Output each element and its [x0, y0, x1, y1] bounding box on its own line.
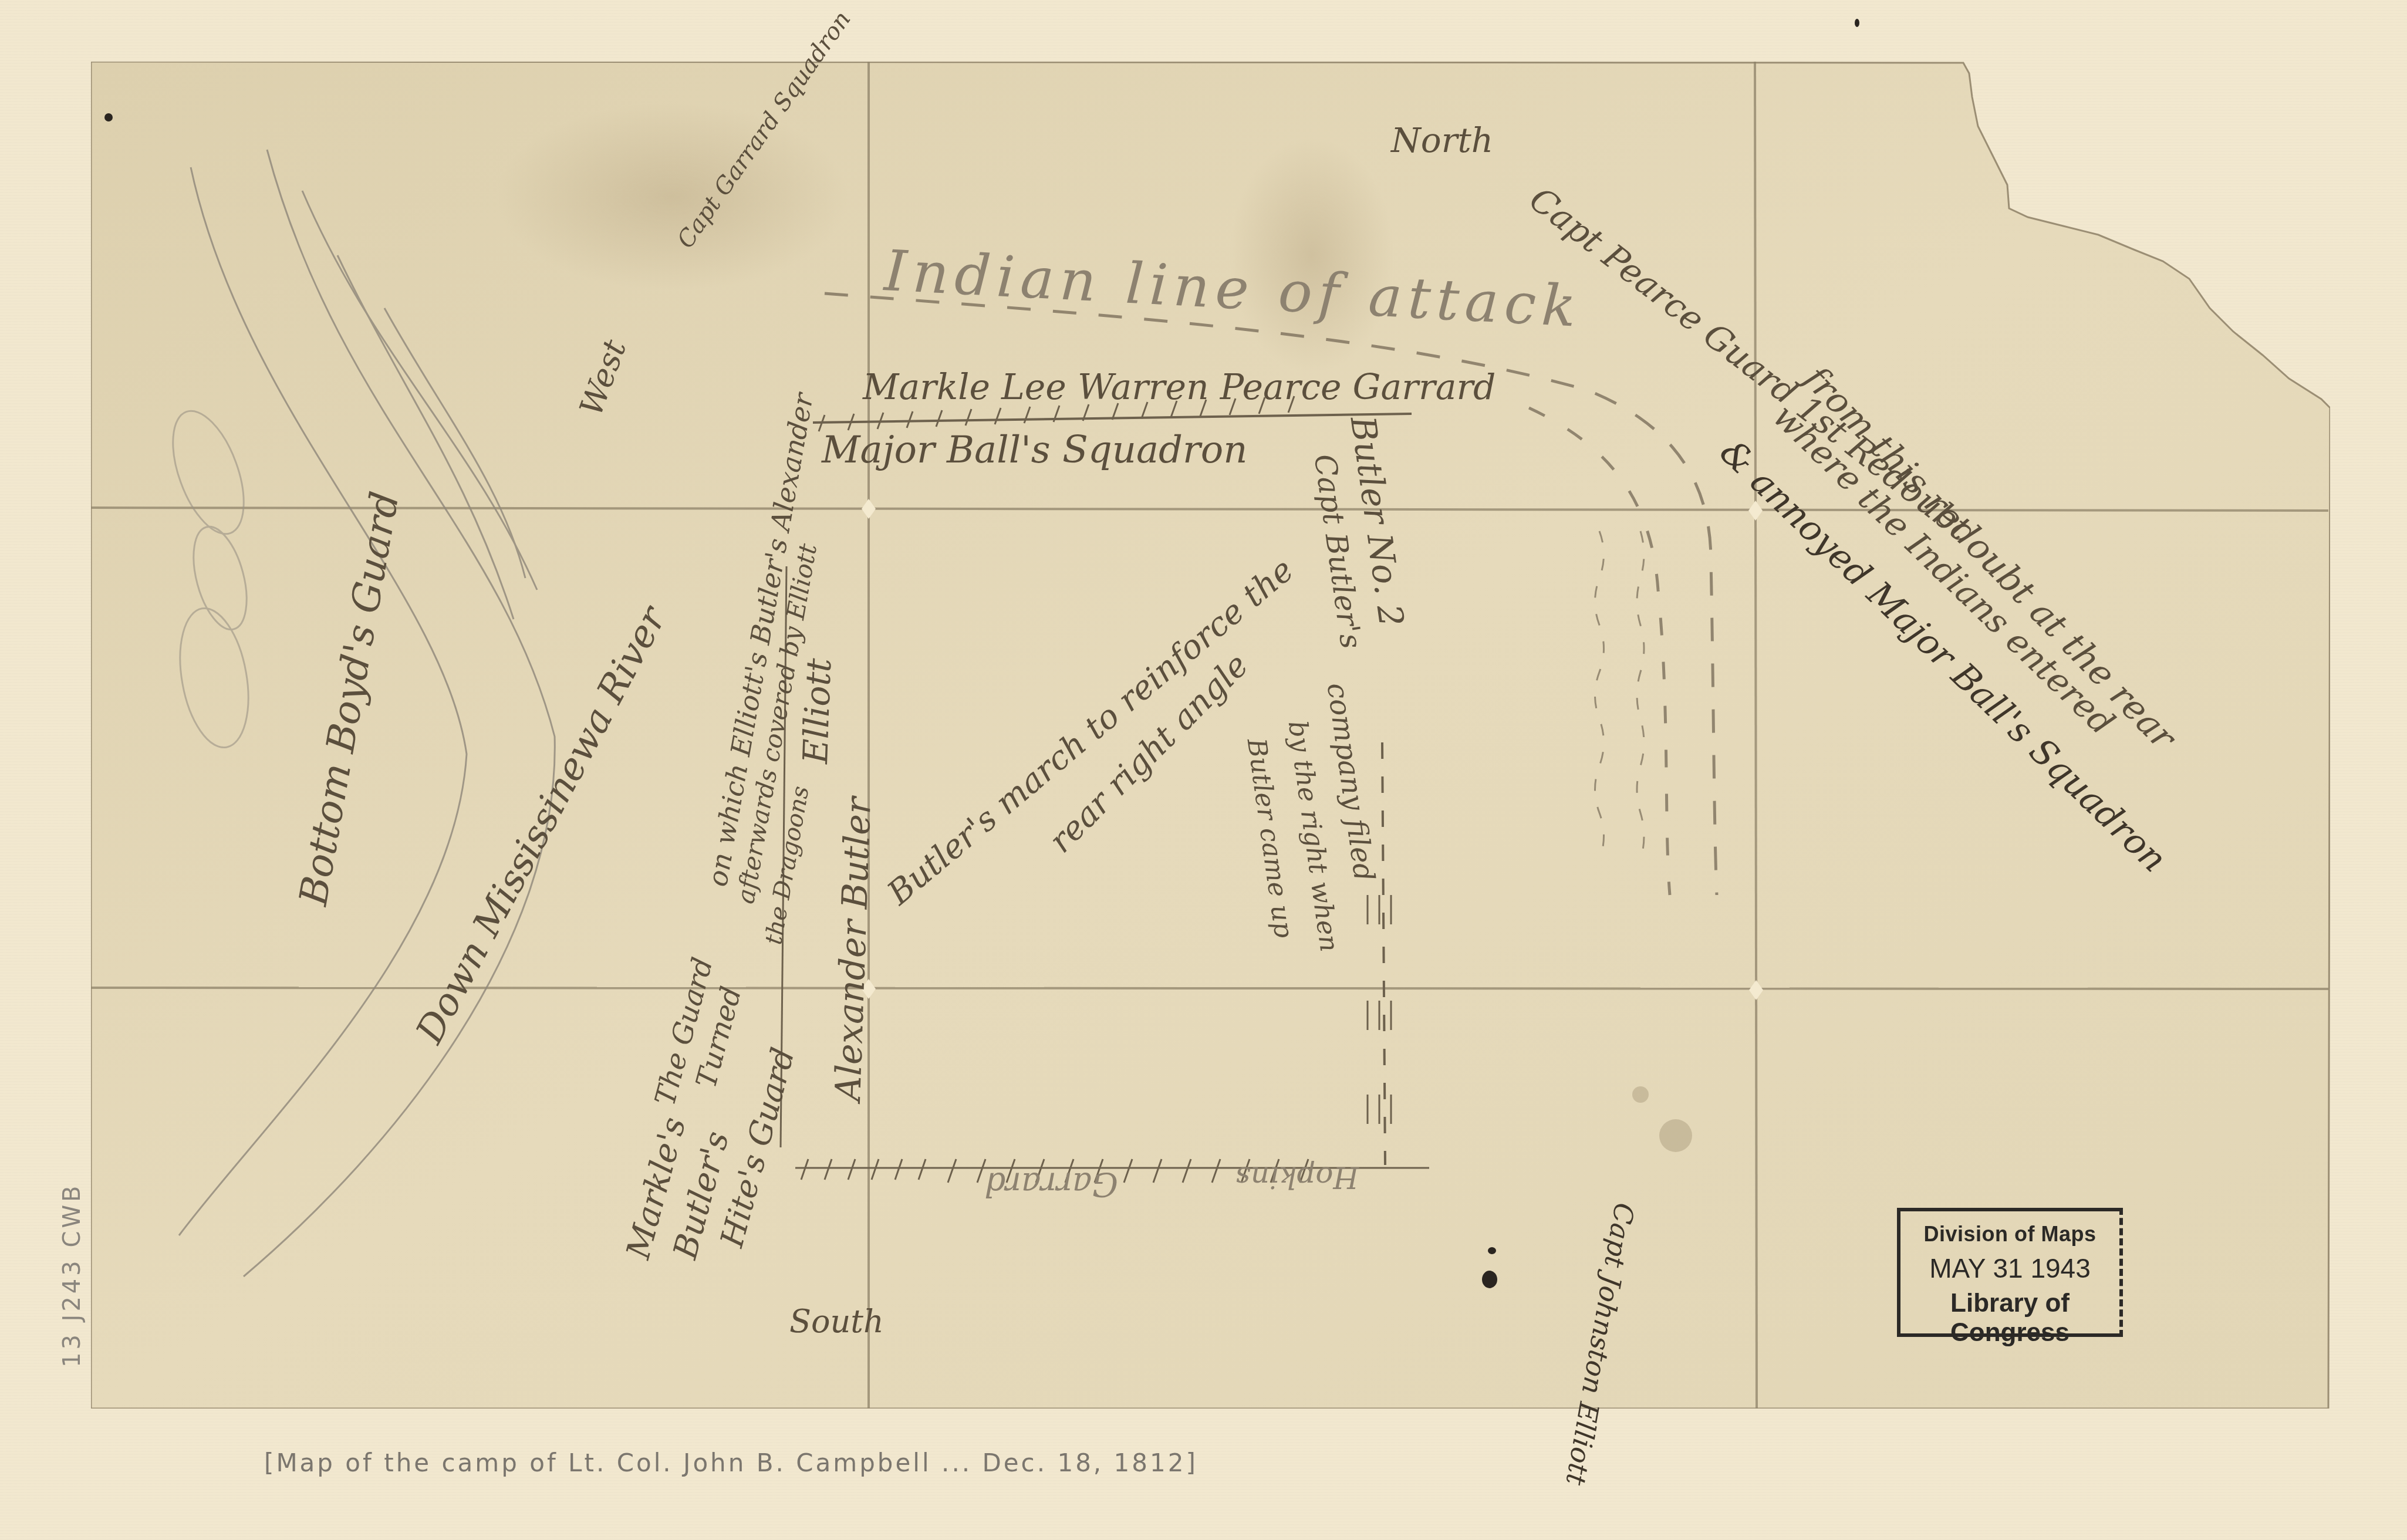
label-major-ball-squadron: Major Ball's Squadron: [822, 428, 1247, 472]
label-hopkins: Hopkins: [1235, 1160, 1359, 1194]
map-sheet: North Indian line of attack Capt Pearce …: [91, 62, 2330, 1409]
stamp-date: MAY 31 1943: [1900, 1252, 2119, 1284]
stamp-division: Division of Maps: [1900, 1222, 2119, 1247]
label-elliott: Elliott: [795, 658, 839, 765]
label-garrard-bottom: Garrard: [984, 1165, 1118, 1203]
ink-blot: [1482, 1271, 1497, 1288]
library-stamp: Division of Maps MAY 31 1943 Library of …: [1897, 1208, 2123, 1337]
mount-speck: [1855, 19, 1859, 27]
stamp-library: Library of Congress: [1900, 1289, 2119, 1347]
label-north: North: [1391, 120, 1493, 160]
label-markle-line: Markle Lee Warren Pearce Garrard: [863, 367, 1496, 408]
call-number: 13 J243 CWB: [59, 1183, 86, 1367]
label-south: South: [789, 1303, 884, 1340]
ink-blot: [1488, 1247, 1496, 1254]
map-caption: [Map of the camp of Lt. Col. John B. Cam…: [264, 1448, 1198, 1477]
